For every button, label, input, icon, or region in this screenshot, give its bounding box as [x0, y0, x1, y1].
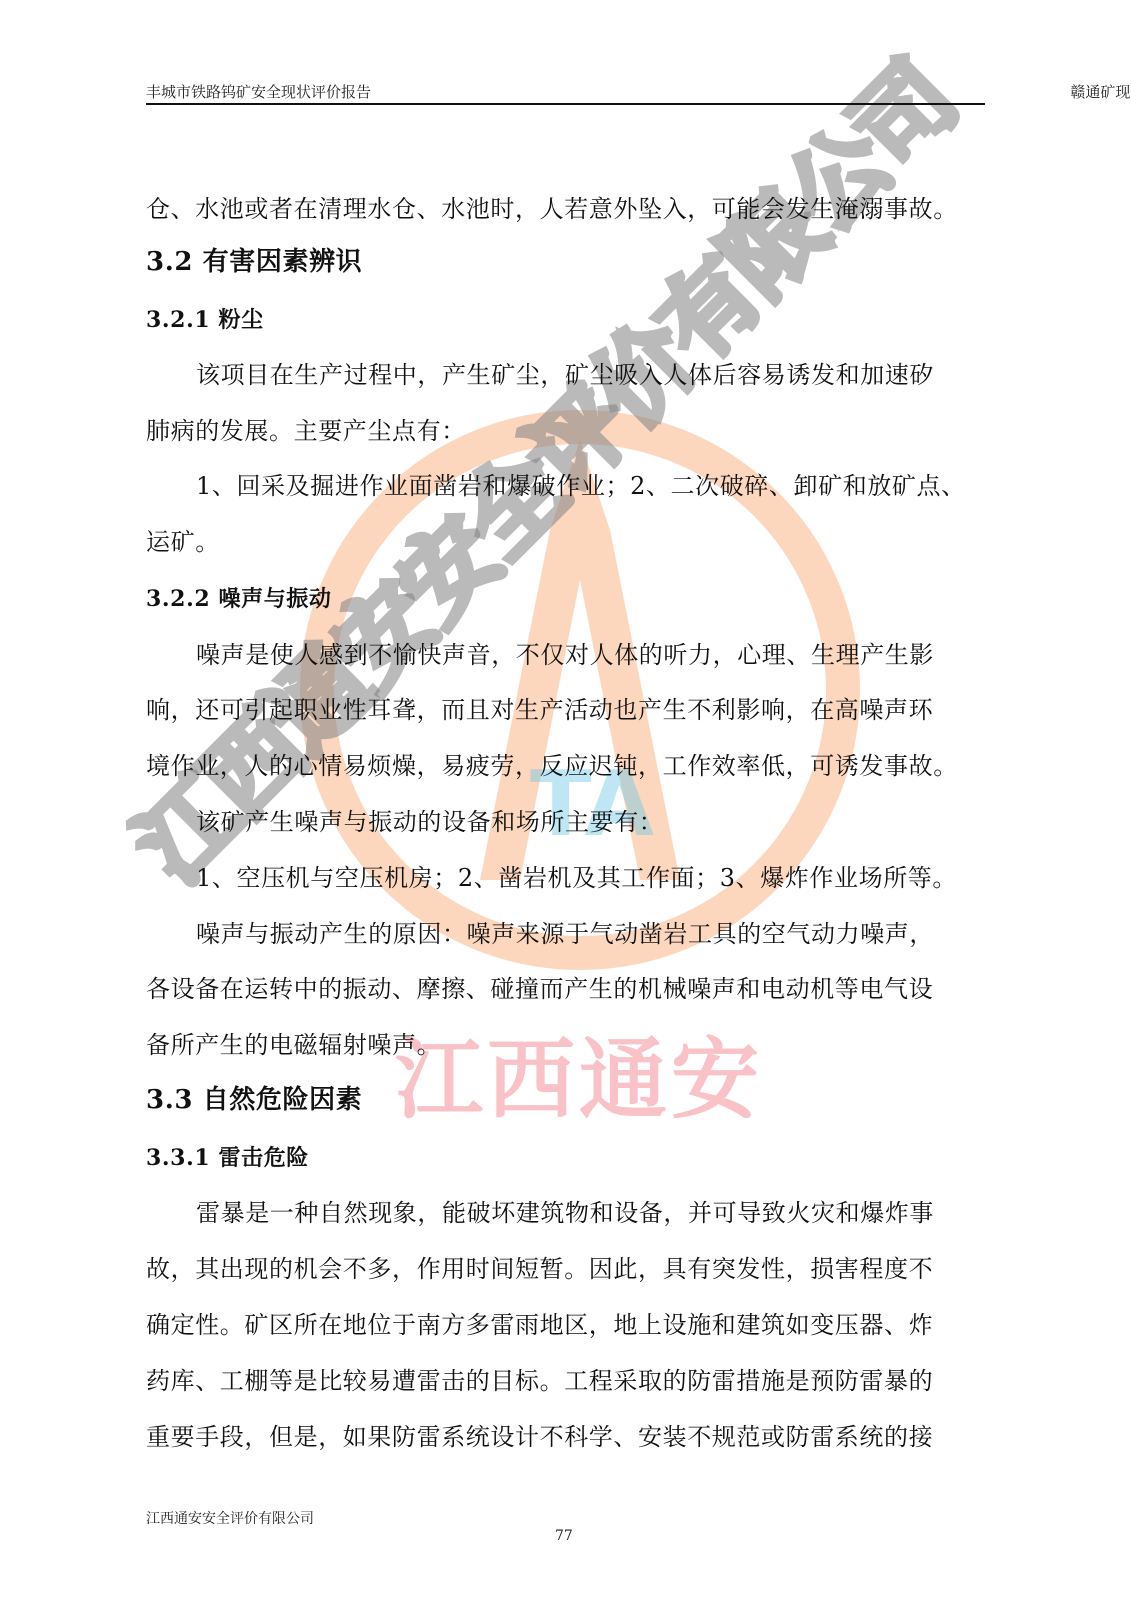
header-report-number: 赣通矿现评字（2023）001 号 — [1070, 81, 1131, 102]
section-heading-3-2: 3.2 有害因素辨识 — [146, 234, 362, 290]
paragraph-line: 响，还可引起职业性耳聋，而且对生产活动也产生不利影响，在高噪声环 — [146, 682, 933, 738]
page-number: 77 — [555, 1528, 1131, 1544]
paragraph-line: 药库、工棚等是比较易遭雷击的目标。工程采取的防雷措施是预防雷暴的 — [146, 1353, 933, 1409]
paragraph-line: 肺病的发展。主要产尘点有： — [146, 403, 466, 459]
subsection-heading-3-2-1: 3.2.1 粉尘 — [146, 292, 264, 348]
header-rule — [146, 103, 985, 105]
header-report-title: 丰城市铁路钨矿安全现状评价报告 — [146, 81, 371, 102]
paragraph-line: 1、回采及掘进作业面凿岩和爆破作业；2、二次破碎、卸矿和放矿点、 — [196, 458, 966, 514]
paragraph-line: 运矿。 — [146, 514, 220, 570]
page-header: 丰城市铁路钨矿安全现状评价报告 赣通矿现评字（2023）001 号 — [146, 78, 1131, 102]
paragraph-line: 境作业，人的心情易烦燥，易疲劳，反应迟钝，工作效率低，可诱发事故。 — [146, 738, 958, 794]
paragraph-line: 仓、水池或者在清理水仓、水池时，人若意外坠入，可能会发生淹溺事故。 — [146, 181, 958, 237]
paragraph-line: 备所产生的电磁辐射噪声。 — [146, 1017, 441, 1073]
paragraph-line: 1、空压机与空压机房；2、凿岩机及其工作面；3、爆炸作业场所等。 — [196, 850, 957, 906]
paragraph-line: 该项目在生产过程中，产生矿尘，矿尘吸入人体后容易诱发和加速矽 — [196, 347, 934, 403]
section-heading-3-3: 3.3 自然危险因素 — [146, 1072, 362, 1128]
document-page: TA 江西通安 江西通安安全评价有限公司 丰城市铁路钨矿安全现状评价报告 赣通矿… — [0, 0, 1131, 1600]
paragraph-line: 各设备在运转中的振动、摩擦、碰撞而产生的机械噪声和电动机等电气设 — [146, 961, 933, 1017]
paragraph-line: 雷暴是一种自然现象，能破坏建筑物和设备，并可导致火灾和爆炸事 — [196, 1185, 934, 1241]
paragraph-line: 噪声是使人感到不愉快声音，不仅对人体的听力，心理、生理产生影 — [196, 627, 934, 683]
footer-company: 江西通安安全评价有限公司 — [146, 1508, 1131, 1528]
watermark-company-short: 江西通安 — [395, 1010, 763, 1136]
paragraph-line: 噪声与振动产生的原因：噪声来源于气动凿岩工具的空气动力噪声， — [196, 906, 934, 962]
paragraph-line: 该矿产生噪声与振动的设备和场所主要有： — [196, 794, 663, 850]
subsection-heading-3-3-1: 3.3.1 雷击危险 — [146, 1130, 309, 1186]
subsection-heading-3-2-2: 3.2.2 噪声与振动 — [146, 571, 332, 627]
paragraph-line: 故，其出现的机会不多，作用时间短暂。因此，具有突发性，损害程度不 — [146, 1241, 933, 1297]
paragraph-line: 确定性。矿区所在地位于南方多雷雨地区，地上设施和建筑如变压器、炸 — [146, 1297, 933, 1353]
paragraph-line: 重要手段，但是，如果防雷系统设计不科学、安装不规范或防雷系统的接 — [146, 1409, 933, 1465]
